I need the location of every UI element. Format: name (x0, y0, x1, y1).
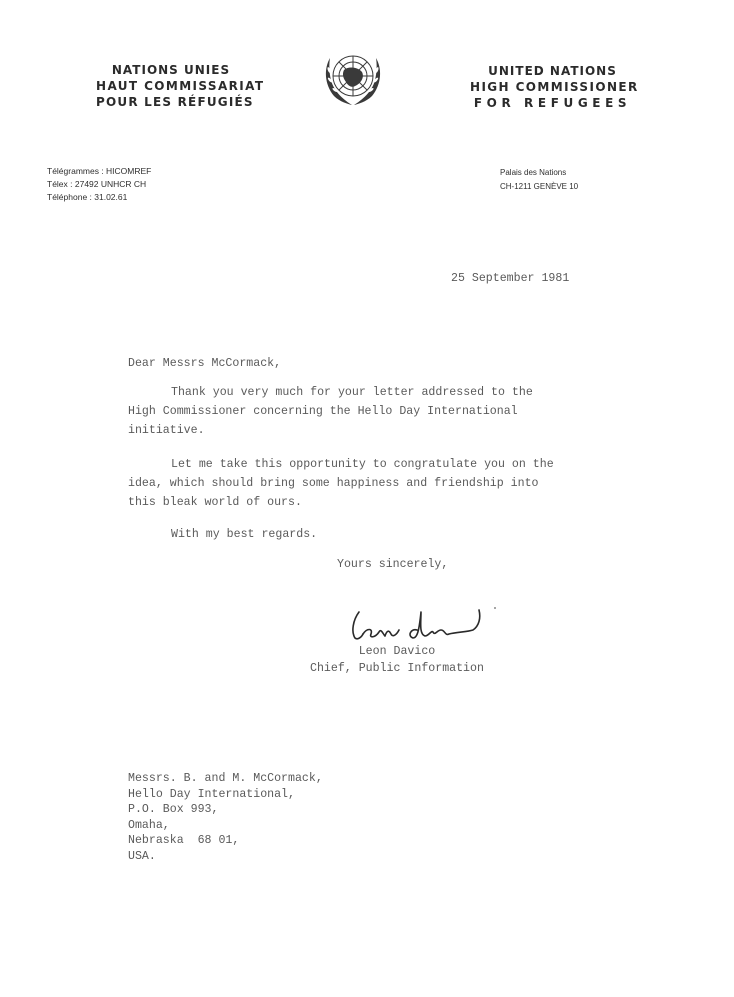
office-address: Palais des Nations CH-1211 GENÈVE 10 (500, 166, 578, 194)
paragraph-line: High Commissioner concerning the Hello D… (128, 402, 533, 421)
address-line: USA. (128, 849, 323, 865)
handwritten-signature (345, 598, 505, 648)
office-address-line: CH-1211 GENÈVE 10 (500, 180, 578, 194)
paragraph-1: Thank you very much for your letter addr… (128, 383, 533, 440)
letter-date: 25 September 1981 (451, 269, 569, 288)
paragraph-line: initiative. (128, 421, 533, 440)
recipient-address: Messrs. B. and M. McCormack, Hello Day I… (128, 771, 323, 864)
signer-block: Leon Davico Chief, Public Information (310, 643, 484, 677)
address-line: Omaha, (128, 818, 323, 834)
address-line: Messrs. B. and M. McCormack, (128, 771, 323, 787)
letterhead-line: UNITED NATIONS (470, 63, 635, 79)
letter-page: NATIONS UNIES HAUT COMMISSARIAT POUR LES… (0, 0, 734, 997)
telex-line: Télex : 27492 UNHCR CH (47, 178, 151, 191)
paragraph-line: this bleak world of ours. (128, 493, 554, 512)
signer-name: Leon Davico (310, 643, 484, 660)
paragraph-line: idea, which should bring some happiness … (128, 474, 554, 493)
telegram-line: Télégrammes : HICOMREF (47, 165, 151, 178)
address-line: P.O. Box 993, (128, 802, 323, 818)
paragraph-2: Let me take this opportunity to congratu… (128, 455, 554, 512)
signer-title: Chief, Public Information (310, 660, 484, 677)
salutation: Dear Messrs McCormack, (128, 354, 281, 373)
contact-details: Télégrammes : HICOMREF Télex : 27492 UNH… (47, 165, 151, 204)
letterhead-english: UNITED NATIONS HIGH COMMISSIONER FOR REF… (470, 63, 635, 111)
closing-line: With my best regards. (171, 525, 317, 544)
letterhead-line: HAUT COMMISSARIAT (96, 78, 246, 94)
letterhead-line: FOR REFUGEES (470, 95, 635, 111)
sign-off: Yours sincerely, (337, 555, 448, 574)
letterhead-line: HIGH COMMISSIONER (470, 79, 635, 95)
telephone-line: Téléphone : 31.02.61 (47, 191, 151, 204)
letterhead-line: NATIONS UNIES (96, 62, 246, 78)
letterhead-line: POUR LES RÉFUGIÉS (96, 94, 246, 110)
letterhead-french: NATIONS UNIES HAUT COMMISSARIAT POUR LES… (96, 62, 246, 110)
office-address-line: Palais des Nations (500, 166, 578, 180)
paragraph-line: Let me take this opportunity to congratu… (128, 455, 554, 474)
address-line: Hello Day International, (128, 787, 323, 803)
un-emblem-icon (318, 48, 388, 110)
paragraph-line: Thank you very much for your letter addr… (128, 383, 533, 402)
address-line: Nebraska 68 01, (128, 833, 323, 849)
